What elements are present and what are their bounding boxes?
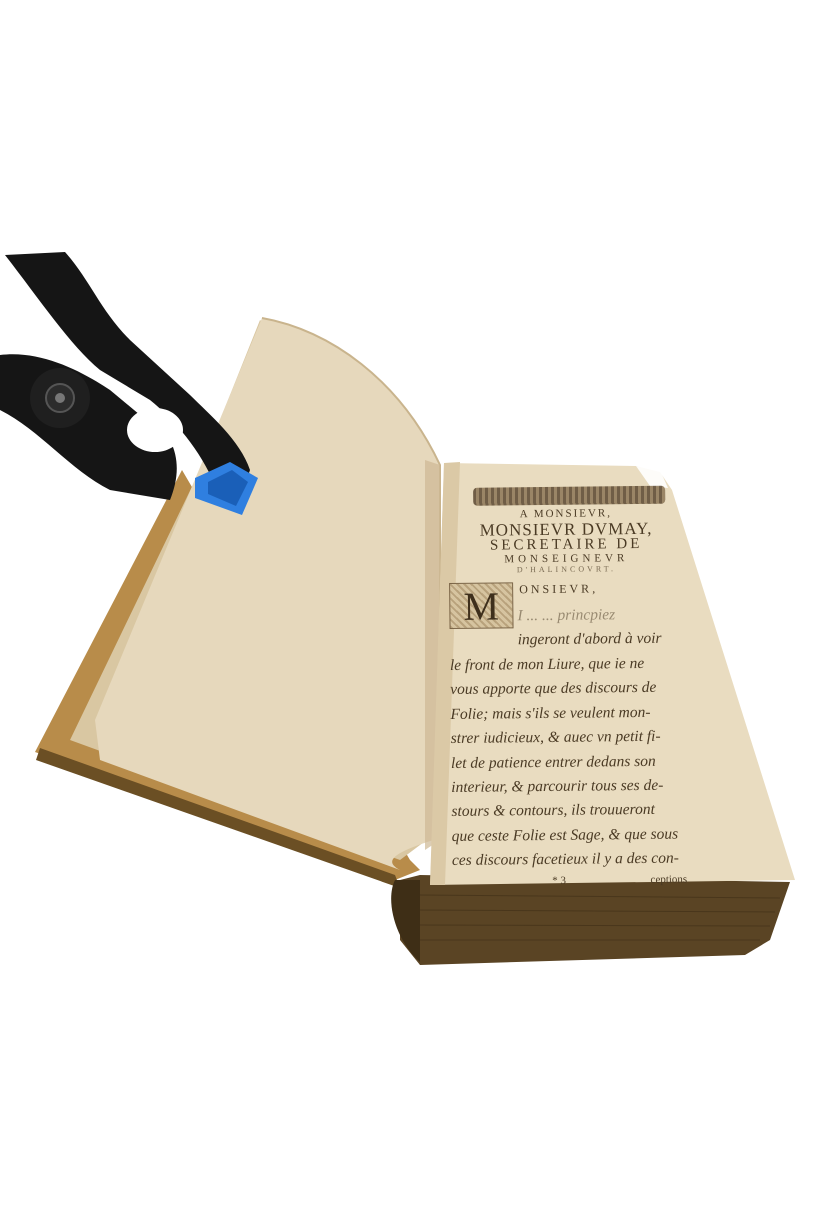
text-line: stours & contours, ils trouueront <box>451 798 686 825</box>
text-line: vous apporte que des discours de <box>450 676 685 703</box>
text-line: ingeront d'abord à voir <box>450 627 685 654</box>
book-and-clamp-illustration <box>0 0 820 1230</box>
text-line: que ceste Folie est Sage, & que sous <box>452 822 687 849</box>
page-edge-block <box>400 875 790 965</box>
headpiece-ornament <box>473 486 665 506</box>
text-line: I ... ... princpiez <box>449 603 684 630</box>
right-page-text: A MONSIEVR, MONSIEVR DVMAY, SECRETAIRE D… <box>448 478 687 888</box>
text-line: le front de mon Liure, que ie ne <box>450 651 685 678</box>
text-line: ces discours facetieux il y a des con- <box>452 847 687 874</box>
body-text: I ... ... princpiez ingeront d'abord à v… <box>449 603 687 874</box>
text-line: strer iudicieux, & auec vn petit fi- <box>451 725 686 752</box>
heading-line: D'HALINCOVRT. <box>449 564 684 575</box>
catchword: ceptions <box>650 873 687 885</box>
spring-clamp <box>0 252 250 500</box>
photo-scene: A MONSIEVR, MONSIEVR DVMAY, SECRETAIRE D… <box>0 0 820 1230</box>
text-line: Folie; mais s'ils se veulent mon- <box>450 700 685 727</box>
text-line: interieur, & parcourir tous ses de- <box>451 773 686 800</box>
signature-mark: * 3 <box>552 874 566 886</box>
text-line: let de patience entrer dedans son <box>451 749 686 776</box>
salutation: ONSIEVR, <box>519 582 598 598</box>
